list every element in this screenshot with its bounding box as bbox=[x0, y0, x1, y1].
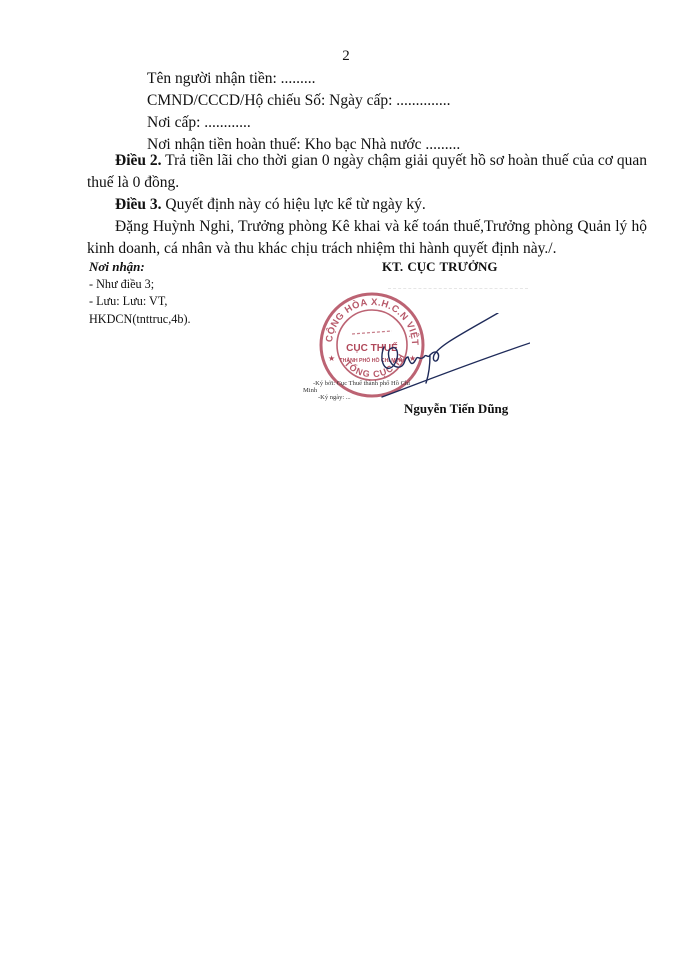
responsibility-text: Đặng Huỳnh Nghi, Trưởng phòng Kê khai và… bbox=[87, 218, 647, 257]
page-number: 2 bbox=[0, 48, 692, 65]
article-2-label: Điều 2. bbox=[115, 152, 162, 169]
recipients-title: Nơi nhận: bbox=[89, 258, 191, 276]
responsibility-paragraph: Đặng Huỳnh Nghi, Trưởng phòng Kê khai và… bbox=[87, 216, 647, 260]
digital-signature-note-line1: -Ký bởi: Cục Thuế thành phố Hồ Chí bbox=[313, 380, 410, 387]
recipients-block: Nơi nhận: - Như điều 3; - Lưu: Lưu: VT, … bbox=[89, 258, 191, 328]
issued-at-line: Nơi cấp: ............ bbox=[147, 113, 251, 133]
recipient-item: HKDCN(tnttruc,4b). bbox=[89, 311, 191, 329]
recipient-item: - Như điều 3; bbox=[89, 276, 191, 294]
signature-title: KT. CỤC TRƯỞNG bbox=[382, 259, 498, 275]
recipient-name-line: Tên người nhận tiền: ......... bbox=[147, 69, 316, 89]
faint-divider bbox=[388, 288, 528, 290]
digital-signature-note-line3: -Ký ngày: ... bbox=[318, 394, 351, 401]
recipient-item: - Lưu: Lưu: VT, bbox=[89, 293, 191, 311]
article-2: Điều 2. Trả tiền lãi cho thời gian 0 ngà… bbox=[87, 150, 647, 194]
article-2-text: Trả tiền lãi cho thời gian 0 ngày chậm g… bbox=[87, 152, 647, 191]
signer-name: Nguyễn Tiến Dũng bbox=[404, 401, 508, 417]
svg-text:★: ★ bbox=[328, 354, 335, 363]
article-3-label: Điều 3. bbox=[115, 196, 162, 213]
digital-signature-note-line2: Minh bbox=[303, 387, 317, 394]
id-number-line: CMND/CCCD/Hộ chiếu Số: Ngày cấp: .......… bbox=[147, 91, 451, 111]
article-3-text: Quyết định này có hiệu lực kể từ ngày ký… bbox=[162, 196, 426, 213]
article-3: Điều 3. Quyết định này có hiệu lực kể từ… bbox=[87, 194, 647, 216]
